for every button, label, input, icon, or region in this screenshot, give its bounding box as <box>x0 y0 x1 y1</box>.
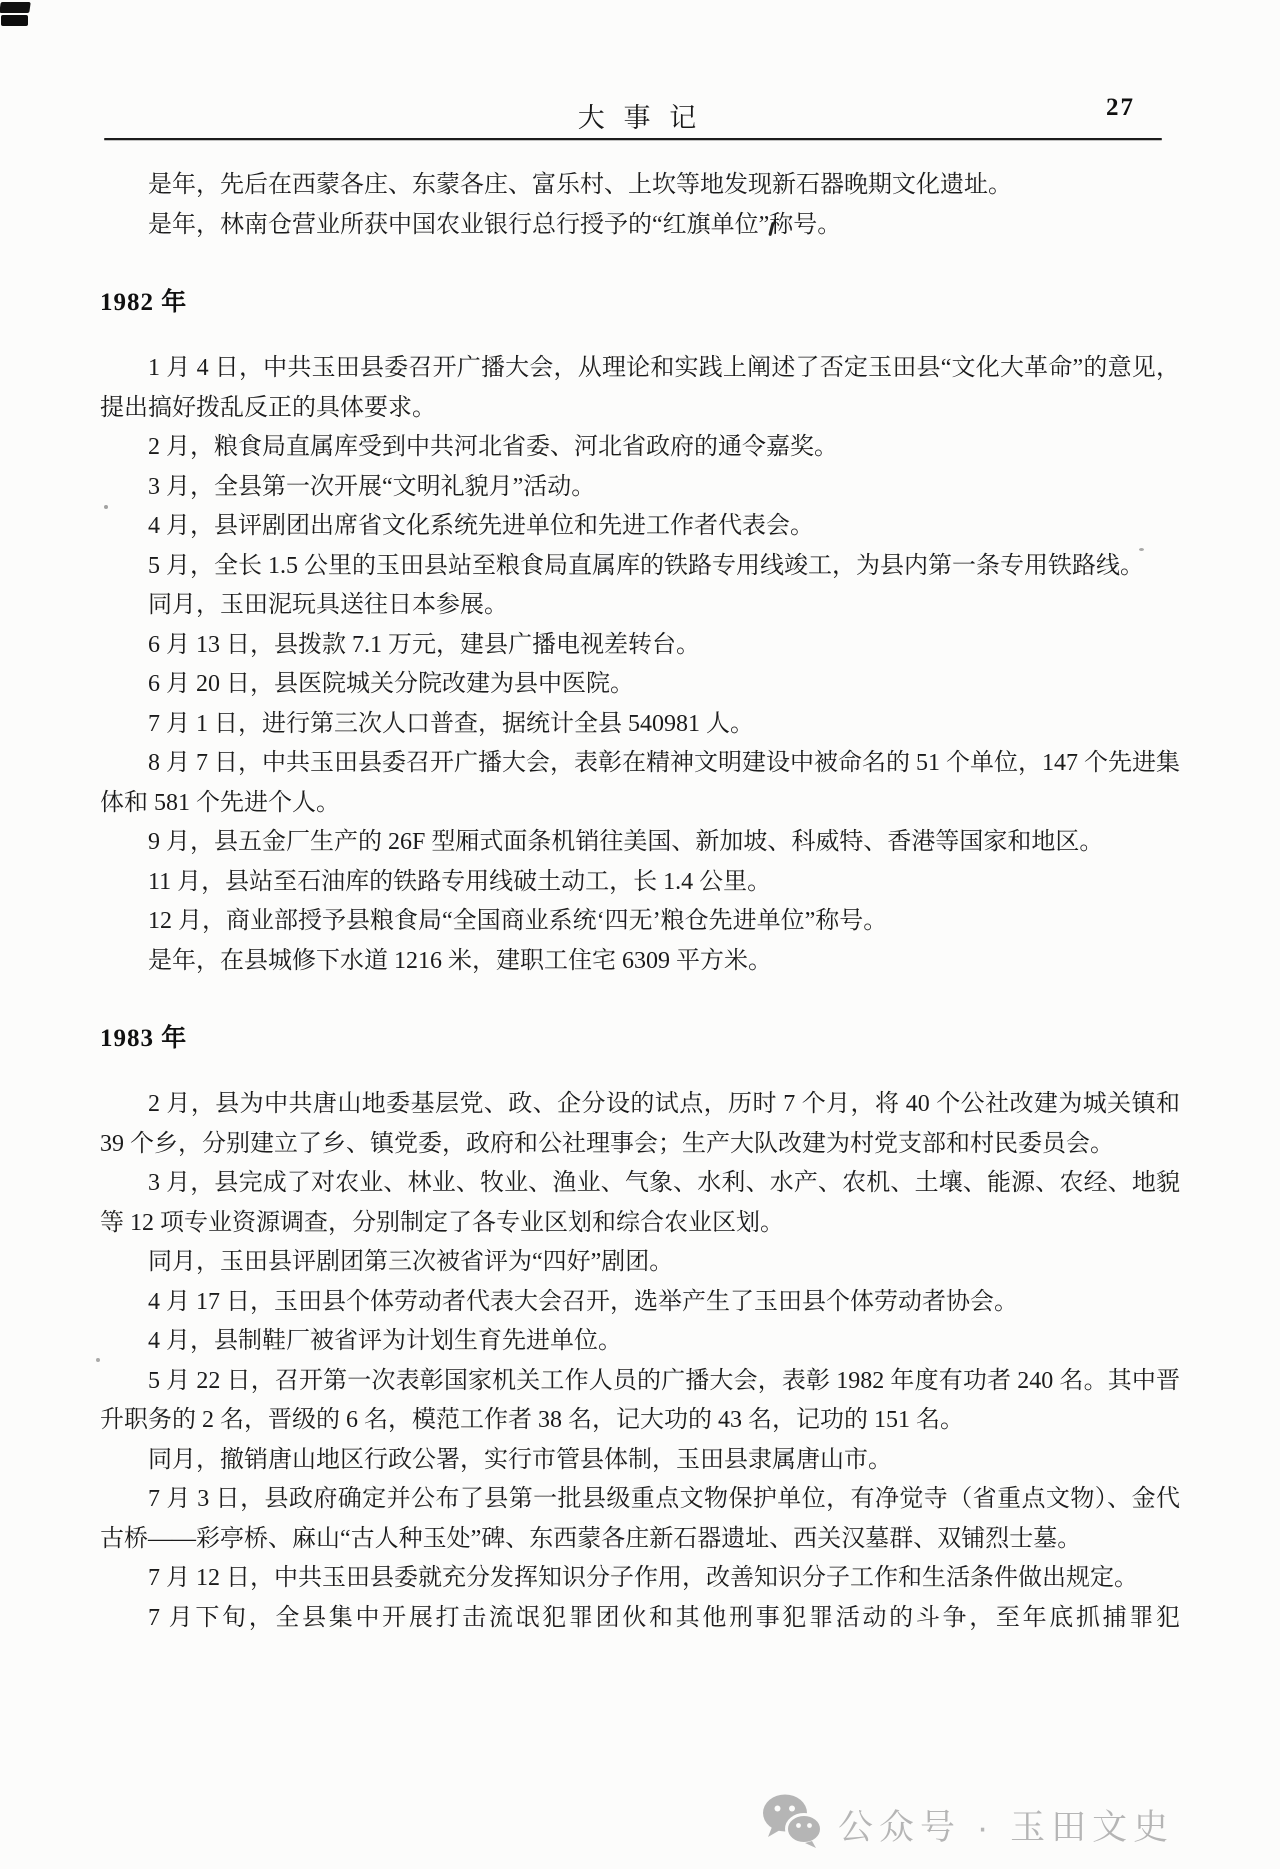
wechat-icon <box>760 1793 824 1858</box>
chronicle-entry: 7 月 12 日，中共玉田县委就充分发挥知识分子作用，改善知识分子工作和生活条件… <box>100 1559 1180 1599</box>
chronicle-entry: 是年，先后在西蒙各庄、东蒙各庄、富乐村、上坎等地发现新石器晚期文化遗址。 <box>100 166 1180 206</box>
watermark: 公众号 · 玉田文史 <box>760 1792 1230 1858</box>
chronicle-entry: 9 月，县五金厂生产的 26F 型厢式面条机销往美国、新加坡、科威特、香港等国家… <box>100 823 1180 863</box>
chronicle-entry: 4 月 17 日，玉田县个体劳动者代表大会召开，选举产生了玉田县个体劳动者协会。 <box>100 1283 1180 1323</box>
chronicle-entry: 5 月，全长 1.5 公里的玉田县站至粮食局直属库的铁路专用线竣工，为县内第一条… <box>100 547 1180 587</box>
chronicle-entry: 3 月，全县第一次开展“文明礼貌月”活动。 <box>100 468 1180 508</box>
chronicle-entry: 7 月 1 日，进行第三次人口普查，据统计全县 540981 人。 <box>100 705 1180 745</box>
chronicle-entry: 4 月，县评剧团出席省文化系统先进单位和先进工作者代表会。 <box>100 507 1180 547</box>
chronicle-entry: 2 月，县为中共唐山地委基层党、政、企分设的试点，历时 7 个月，将 40 个公… <box>100 1085 1180 1164</box>
year-heading-1982年: 1982 年 <box>100 290 1180 316</box>
header-rule <box>104 138 1162 140</box>
chronicle-entry: 同月，撤销唐山地区行政公署，实行市管县体制，玉田县隶属唐山市。 <box>100 1441 1180 1481</box>
page-number: 27 <box>1106 94 1135 122</box>
chronicle-entry: 是年，在县城修下水道 1216 米，建职工住宅 6309 平方米。 <box>100 942 1180 982</box>
scan-speck <box>96 1358 100 1362</box>
scan-artifact-corner <box>0 2 31 13</box>
scan-speck <box>1139 548 1144 551</box>
chronicle-entry: 3 月，县完成了对农业、林业、牧业、渔业、气象、水利、水产、农机、土壤、能源、农… <box>100 1164 1180 1243</box>
chronicle-entry: 12 月，商业部授予县粮食局“全国商业系统‘四无’粮仓先进单位”称号。 <box>100 902 1180 942</box>
page-header-title: 大 事 记 <box>0 96 1280 135</box>
chronicle-entry: 同月，玉田泥玩具送往日本参展。 <box>100 586 1180 626</box>
chronicle-content: 是年，先后在西蒙各庄、东蒙各庄、富乐村、上坎等地发现新石器晚期文化遗址。是年，林… <box>100 166 1180 1638</box>
document-page: 大 事 记 27 是年，先后在西蒙各庄、东蒙各庄、富乐村、上坎等地发现新石器晚期… <box>0 0 1280 1869</box>
scan-speck <box>104 505 108 509</box>
scan-artifact-corner <box>1 15 28 26</box>
year-heading-1983年: 1983 年 <box>100 1026 1180 1052</box>
chronicle-entry: 8 月 7 日，中共玉田县委召开广播大会，表彰在精神文明建设中被命名的 51 个… <box>100 744 1180 823</box>
chronicle-entry: 6 月 20 日，县医院城关分院改建为县中医院。 <box>100 665 1180 705</box>
chronicle-entry: 4 月，县制鞋厂被省评为计划生育先进单位。 <box>100 1322 1180 1362</box>
chronicle-entry: 6 月 13 日，县拨款 7.1 万元，建县广播电视差转台。 <box>100 626 1180 666</box>
chronicle-entry: 2 月，粮食局直属库受到中共河北省委、河北省政府的通令嘉奖。 <box>100 428 1180 468</box>
chronicle-entry: 1 月 4 日，中共玉田县委召开广播大会，从理论和实践上阐述了否定玉田县“文化大… <box>100 349 1180 428</box>
chronicle-entry: 同月，玉田县评剧团第三次被省评为“四好”剧团。 <box>100 1243 1180 1283</box>
watermark-text: 公众号 · 玉田文史 <box>838 1800 1174 1850</box>
chronicle-entry: 7 月下旬，全县集中开展打击流氓犯罪团伙和其他刑事犯罪活动的斗争，至年底抓捕罪犯 <box>100 1599 1180 1639</box>
chronicle-entry: 7 月 3 日，县政府确定并公布了县第一批县级重点文物保护单位，有净觉寺（省重点… <box>100 1480 1180 1559</box>
chronicle-entry: 是年，林南仓营业所获中国农业银行总行授予的“红旗单位”称号。 <box>100 206 1180 246</box>
chronicle-entry: 5 月 22 日，召开第一次表彰国家机关工作人员的广播大会，表彰 1982 年度… <box>100 1362 1180 1441</box>
chronicle-entry: 11 月，县站至石油库的铁路专用线破土动工，长 1.4 公里。 <box>100 863 1180 903</box>
